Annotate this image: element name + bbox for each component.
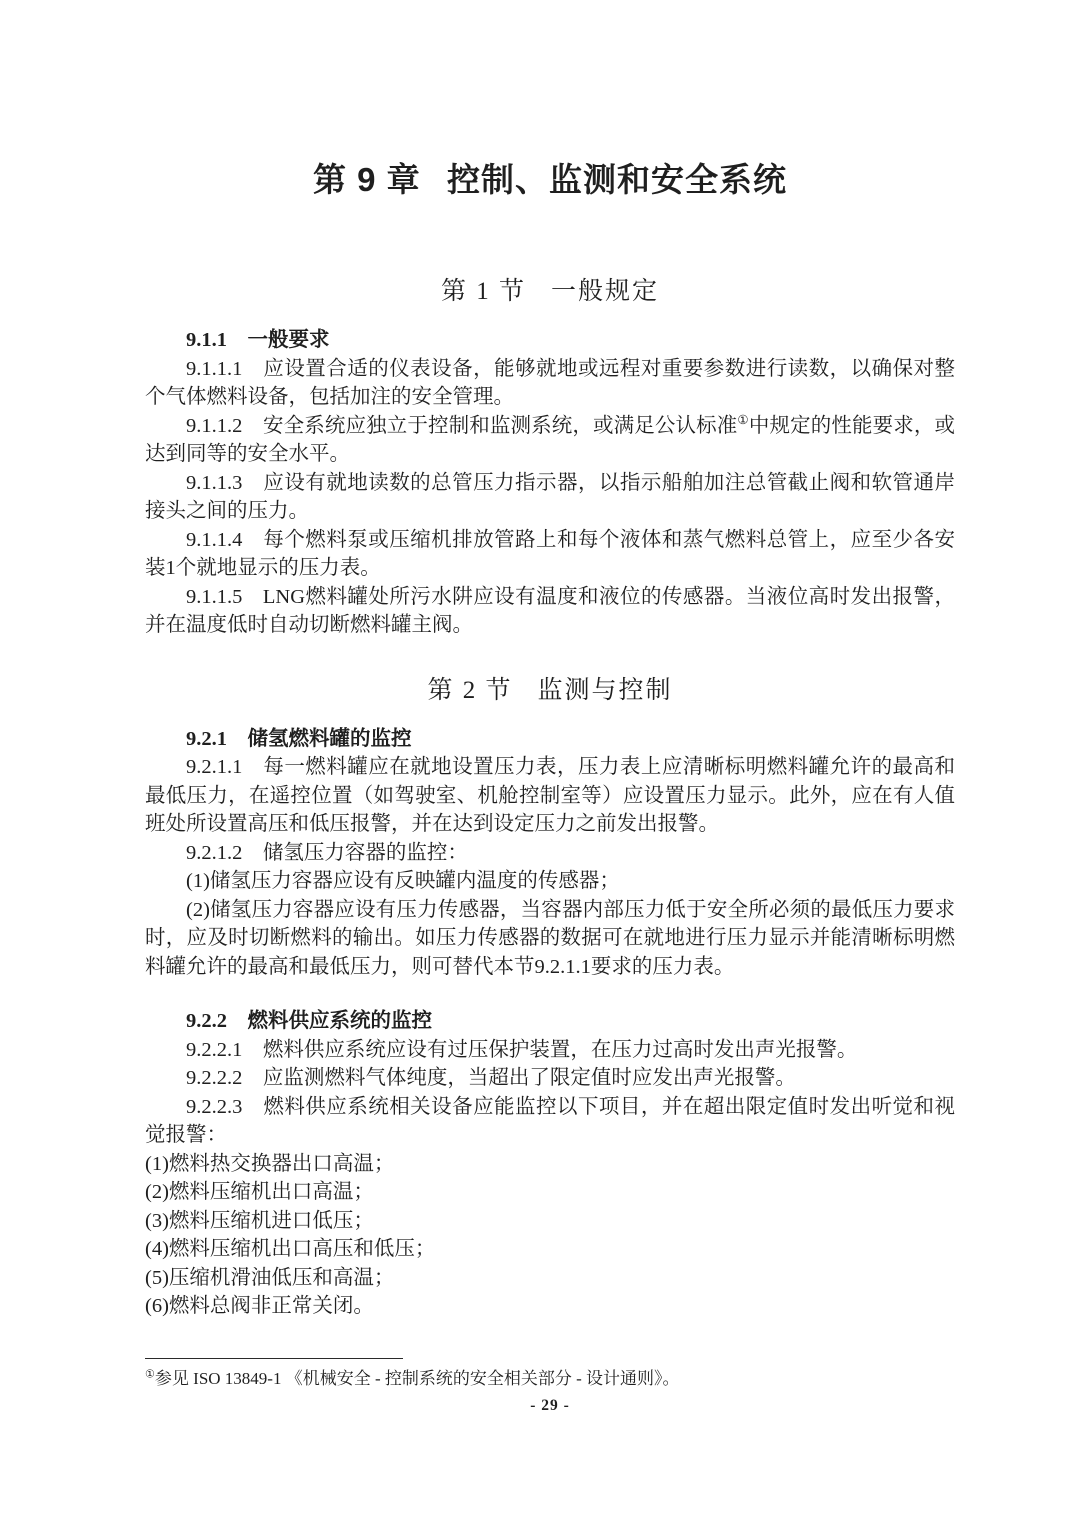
page-number: - 29 - <box>145 1397 955 1415</box>
para-number: 9.2.2.2 <box>186 1067 242 1089</box>
footnote-reference-mark: ① <box>737 413 749 427</box>
para-9-2-1-2-item-1: (1)储氢压力容器应设有反映罐内温度的传感器； <box>145 867 955 896</box>
heading-number: 9.2.1 <box>186 728 227 750</box>
para-text: 每个燃料泵或压缩机排放管路上和每个液体和蒸气燃料总管上，应至少各安装1个就地显示… <box>145 529 955 580</box>
para-number: 9.1.1.2 <box>186 415 242 437</box>
para-9-2-1-1: 9.2.1.1每一燃料罐应在就地设置压力表，压力表上应清晰标明燃料罐允许的最高和… <box>145 753 955 839</box>
footnote-divider <box>145 1358 403 1359</box>
footnote-area: ①参见 ISO 13849-1 《机械安全 - 控制系统的安全相关部分 - 设计… <box>145 1358 955 1415</box>
footnote-text: ①参见 ISO 13849-1 《机械安全 - 控制系统的安全相关部分 - 设计… <box>145 1367 955 1391</box>
footnote-marker: ① <box>145 1368 155 1380</box>
heading-text: 一般要求 <box>248 329 330 351</box>
para-9-1-1-5: 9.1.1.5LNG燃料罐处所污水阱应设有温度和液位的传感器。当液位高时发出报警… <box>145 583 955 640</box>
para-text: 每一燃料罐应在就地设置压力表，压力表上应清晰标明燃料罐允许的最高和最低压力，在遥… <box>145 756 955 835</box>
para-9-2-2-3-item-3: (3)燃料压缩机进口低压； <box>145 1207 955 1236</box>
para-number: 9.1.1.5 <box>186 586 242 608</box>
para-text: 应设置合适的仪表设备，能够就地或远程对重要参数进行读数，以确保对整个气体燃料设备… <box>145 358 955 409</box>
para-9-1-1-1: 9.1.1.1应设置合适的仪表设备，能够就地或远程对重要参数进行读数，以确保对整… <box>145 355 955 412</box>
heading-number: 9.2.2 <box>186 1010 227 1032</box>
para-9-2-2-3: 9.2.2.3燃料供应系统相关设备应能监控以下项目，并在超出限定值时发出听觉和视… <box>145 1093 955 1150</box>
para-9-1-1-3: 9.1.1.3应设有就地读数的总管压力指示器，以指示船舶加注总管截止阀和软管通岸… <box>145 469 955 526</box>
para-text: 应监测燃料气体纯度，当超出了限定值时应发出声光报警。 <box>263 1067 796 1089</box>
para-9-2-2-2: 9.2.2.2应监测燃料气体纯度，当超出了限定值时应发出声光报警。 <box>145 1064 955 1093</box>
section-1-title-text: 一般规定 <box>551 278 659 305</box>
heading-text: 储氢燃料罐的监控 <box>248 728 412 750</box>
footnote-body: 参见 ISO 13849-1 《机械安全 - 控制系统的安全相关部分 - 设计通… <box>155 1369 680 1388</box>
para-9-2-2-3-item-4: (4)燃料压缩机出口高压和低压； <box>145 1235 955 1264</box>
section-2-label: 第 2 节 <box>427 677 512 704</box>
heading-number: 9.1.1 <box>186 329 227 351</box>
document-page: 第 9 章控制、监测和安全系统 第 1 节一般规定 9.1.1一般要求 9.1.… <box>0 0 1080 1528</box>
document-content: 第 9 章控制、监测和安全系统 第 1 节一般规定 9.1.1一般要求 9.1.… <box>145 0 955 1321</box>
para-number: 9.1.1.3 <box>186 472 242 494</box>
para-9-2-2-3-item-5: (5)压缩机滑油低压和高温； <box>145 1264 955 1293</box>
para-text: 燃料供应系统应设有过压保护装置，在压力过高时发出声光报警。 <box>263 1039 858 1061</box>
heading-9-2-1: 9.2.1储氢燃料罐的监控 <box>145 725 955 754</box>
para-number: 9.2.2.1 <box>186 1039 242 1061</box>
para-number: 9.2.1.1 <box>186 756 242 778</box>
para-9-2-2-1: 9.2.2.1燃料供应系统应设有过压保护装置，在压力过高时发出声光报警。 <box>145 1036 955 1065</box>
section-1-label: 第 1 节 <box>441 278 526 305</box>
heading-9-1-1: 9.1.1一般要求 <box>145 326 955 355</box>
heading-text: 燃料供应系统的监控 <box>248 1010 433 1032</box>
para-9-1-1-4: 9.1.1.4每个燃料泵或压缩机排放管路上和每个液体和蒸气燃料总管上，应至少各安… <box>145 526 955 583</box>
para-text: 安全系统应独立于控制和监测系统，或满足公认标准 <box>263 415 738 437</box>
para-number: 9.2.1.2 <box>186 842 242 864</box>
para-9-2-2-3-item-6: (6)燃料总阀非正常关闭。 <box>145 1292 955 1321</box>
para-9-2-2-3-item-2: (2)燃料压缩机出口高温； <box>145 1178 955 1207</box>
para-9-2-1-2: 9.2.1.2储氢压力容器的监控： <box>145 839 955 868</box>
para-number: 9.2.2.3 <box>186 1096 242 1118</box>
para-text: 应设有就地读数的总管压力指示器，以指示船舶加注总管截止阀和软管通岸接头之间的压力… <box>145 472 955 523</box>
para-text: LNG燃料罐处所污水阱应设有温度和液位的传感器。当液位高时发出报警，并在温度低时… <box>145 586 955 637</box>
chapter-label: 第 9 章 <box>313 161 421 198</box>
section-1-body: 9.1.1一般要求 9.1.1.1应设置合适的仪表设备，能够就地或远程对重要参数… <box>145 326 955 640</box>
heading-9-2-2: 9.2.2燃料供应系统的监控 <box>145 1007 955 1036</box>
section-2-title-text: 监测与控制 <box>538 677 673 704</box>
para-9-2-2-3-item-1: (1)燃料热交换器出口高温； <box>145 1150 955 1179</box>
section-2-body: 9.2.1储氢燃料罐的监控 9.2.1.1每一燃料罐应在就地设置压力表，压力表上… <box>145 725 955 1321</box>
section-1-title: 第 1 节一般规定 <box>145 275 955 309</box>
chapter-title: 第 9 章控制、监测和安全系统 <box>145 157 955 203</box>
section-2-title: 第 2 节监测与控制 <box>145 674 955 708</box>
para-9-1-1-2: 9.1.1.2安全系统应独立于控制和监测系统，或满足公认标准①中规定的性能要求，… <box>145 412 955 469</box>
para-text: 燃料供应系统相关设备应能监控以下项目，并在超出限定值时发出听觉和视觉报警： <box>145 1096 955 1147</box>
para-number: 9.1.1.4 <box>186 529 242 551</box>
chapter-title-text: 控制、监测和安全系统 <box>447 161 787 198</box>
para-text: 储氢压力容器的监控： <box>263 842 468 864</box>
para-9-2-1-2-item-2: (2)储氢压力容器应设有压力传感器，当容器内部压力低于安全所必须的最低压力要求时… <box>145 896 955 982</box>
para-number: 9.1.1.1 <box>186 358 242 380</box>
